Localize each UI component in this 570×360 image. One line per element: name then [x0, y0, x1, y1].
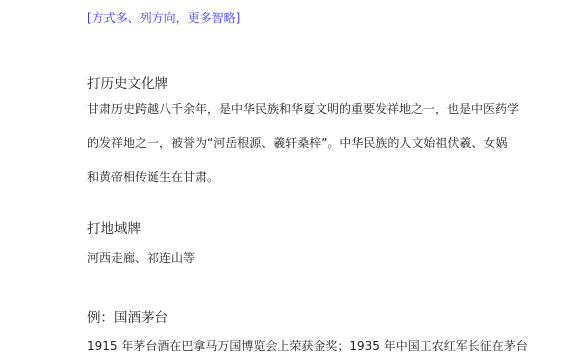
section-paragraph-region: 河西走廊、祁连山等 [87, 241, 195, 275]
section-heading-moutai-example: 例：国酒茅台 [87, 309, 168, 327]
section-heading-history-culture: 打历史文化牌 [87, 75, 168, 93]
section-heading-region: 打地域牌 [87, 220, 141, 238]
bracket-note: [方式多、列方向，更多智略] [87, 10, 240, 26]
paragraph-line: 1915 年茅台酒在巴拿马万国博览会上荣获金奖；1935 年中国工农红军长征在茅… [87, 329, 528, 360]
paragraph-line: 的发祥地之一，被誉为“河岳根源、羲轩桑梓”。中华民族的人文始祖伏羲、女娲 [87, 126, 519, 160]
paragraph-line: 河西走廊、祁连山等 [87, 241, 195, 275]
section-paragraph-history-culture: 甘肃历史跨越八千余年，是中华民族和华夏文明的重要发祥地之一，也是中医药学 的发祥… [87, 92, 519, 194]
paragraph-line: 和黄帝相传诞生在甘肃。 [87, 160, 519, 194]
section-paragraph-moutai-example: 1915 年茅台酒在巴拿马万国博览会上荣获金奖；1935 年中国工农红军长征在茅… [87, 329, 528, 360]
paragraph-line: 甘肃历史跨越八千余年，是中华民族和华夏文明的重要发祥地之一，也是中医药学 [87, 92, 519, 126]
document-page: [方式多、列方向，更多智略] 打历史文化牌 甘肃历史跨越八千余年，是中华民族和华… [0, 0, 570, 360]
